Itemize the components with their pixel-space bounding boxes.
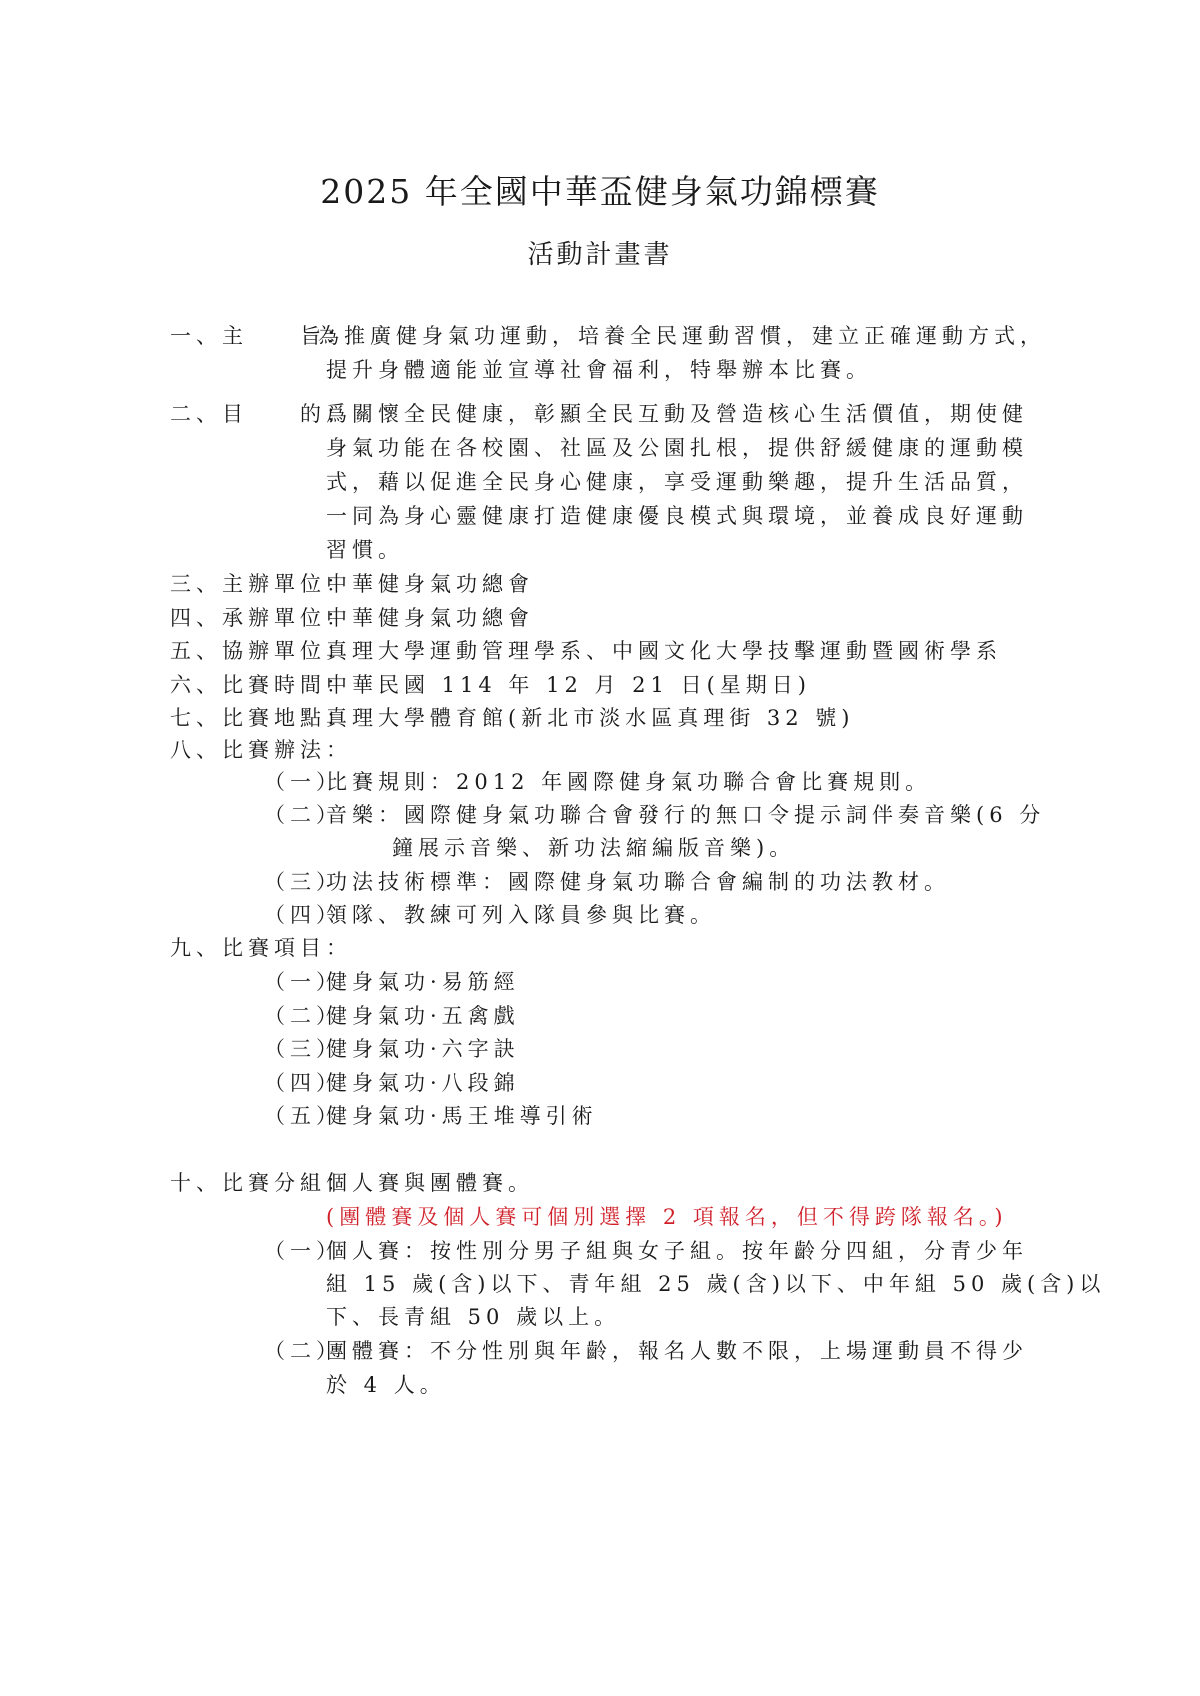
- list-item: 健身氣功·易筋經: [326, 964, 520, 1000]
- list-item: 個人賽：按性別分男子組與女子組。按年齡分四組，分青少年: [326, 1233, 1028, 1269]
- document-title: 2025 年全國中華盃健身氣功錦標賽: [0, 166, 1200, 213]
- list-item: 健身氣功·六字訣: [326, 1031, 520, 1067]
- host-value: 中華健身氣功總會: [326, 600, 534, 636]
- document-subtitle: 活動計畫書: [0, 234, 1200, 271]
- section-2-label: 二、目 的：: [170, 396, 352, 432]
- list-item: 領隊、教練可列入隊員參與比賽。: [326, 897, 716, 933]
- list-item: 團體賽：不分性別與年齡，報名人數不限，上場運動員不得少: [326, 1333, 1028, 1369]
- section-2-text: 一同為身心靈健康打造健康優良模式與環境，並養成良好運動: [326, 498, 1028, 534]
- section-6-label: 六、比賽時間：: [170, 667, 352, 703]
- section-8-label: 八、比賽辦法：: [170, 732, 352, 768]
- list-item: 健身氣功·馬王堆導引術: [326, 1098, 598, 1134]
- organizer-value: 中華健身氣功總會: [326, 566, 534, 602]
- section-9-label: 九、比賽項目：: [170, 930, 352, 966]
- event-date-value: 中華民國 114 年 12 月 21 日(星期日): [326, 667, 811, 703]
- co-organizer-value: 真理大學運動管理學系、中國文化大學技擊運動暨國術學系: [326, 633, 1002, 669]
- list-item: 功法技術標準：國際健身氣功聯合會編制的功法教材。: [326, 864, 950, 900]
- registration-note: (團體賽及個人賽可個別選擇 2 項報名，但不得跨隊報名。): [326, 1199, 1008, 1235]
- division-value: 個人賽與團體賽。: [326, 1165, 534, 1201]
- section-10-label: 十、比賽分組：: [170, 1165, 352, 1201]
- section-3-label: 三、主辦單位：: [170, 566, 352, 602]
- section-2-text: 式，藉以促進全民身心健康，享受運動樂趣，提升生活品質，: [326, 464, 1028, 500]
- section-4-label: 四、承辦單位：: [170, 600, 352, 636]
- list-item-continuation: 鐘展示音樂、新功法縮編版音樂)。: [392, 830, 795, 866]
- section-5-label: 五、協辦單位：: [170, 633, 352, 669]
- list-item-continuation: 組 15 歲(含)以下、青年組 25 歲(含)以下、中年組 50 歲(含)以: [326, 1266, 1105, 1302]
- section-7-label: 七、比賽地點：: [170, 700, 352, 736]
- list-item: 健身氣功·八段錦: [326, 1065, 520, 1101]
- list-item: 健身氣功·五禽戲: [326, 998, 520, 1034]
- list-item-continuation: 下、長青組 50 歲以上。: [326, 1299, 620, 1335]
- venue-value: 真理大學體育館(新北市淡水區真理街 32 號): [326, 700, 854, 736]
- section-2-text: 身氣功能在各校園、社區及公園扎根，提供舒緩健康的運動模: [326, 430, 1028, 466]
- list-item-continuation: 於 4 人。: [326, 1367, 446, 1403]
- list-item: 比賽規則：2012 年國際健身氣功聯合會比賽規則。: [326, 764, 931, 800]
- section-1-text: 為推廣健身氣功運動，培養全民運動習慣，建立正確運動方式，: [318, 318, 1046, 354]
- section-1-text: 提升身體適能並宣導社會福利，特舉辦本比賽。: [326, 352, 872, 388]
- list-item: 音樂：國際健身氣功聯合會發行的無口令提示詞伴奏音樂(6 分: [326, 797, 1045, 833]
- section-2-text: 爲關懷全民健康，彰顯全民互動及營造核心生活價值，期使健: [326, 396, 1028, 432]
- section-2-text: 習慣。: [326, 532, 404, 568]
